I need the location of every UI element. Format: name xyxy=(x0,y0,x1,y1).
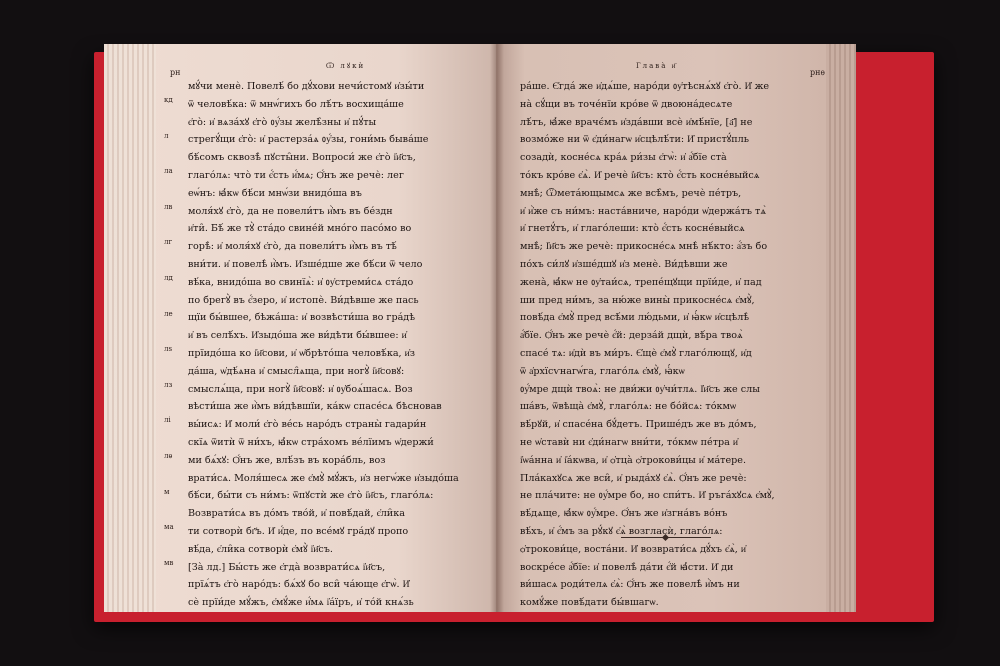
right-folio: рнѳ xyxy=(810,68,825,77)
text-line: спасе́ тѧ: и҆дѝ въ ми́ръ. Є҆щѐ є҆мꙋ̀ гла… xyxy=(520,345,812,363)
text-line: ѻ҆трокови́це, воста́ни. И҆ возврати́сѧ д… xyxy=(520,541,812,559)
text-line: Пла́кахꙋсѧ же вси̑, и҆ рыда́хꙋ є҆ѧ̀. Ѻ҆́… xyxy=(520,470,812,488)
page-edges-right xyxy=(826,44,856,612)
text-line: ра́ше. Є҆гда́ же и҆дѧ́ше, наро́ди ᲂу҆тѣс… xyxy=(520,78,812,96)
text-line: не пла́чите: не ᲂу҆́мре бо, но спи́тъ. И… xyxy=(520,487,812,505)
right-page: Глава̀ и҃ рнѳ ра́ше. Є҆гда́ же и҆дѧ́ше, … xyxy=(496,44,856,612)
text-line: горѣ̀: и҆ моля́хꙋ є҆го̀, да повели́тъ и҆… xyxy=(188,238,478,256)
verse-number: лд xyxy=(164,274,173,282)
text-line: вѣ́рꙋй, и҆ спасе́на бꙋ́детъ. Прише́дъ же… xyxy=(520,416,812,434)
left-folio: рн xyxy=(170,68,180,77)
text-line: скїѧ ѿитѝ ѿ ни́хъ, ꙗ҆́кѡ стра́хомъ ве́лї… xyxy=(188,434,478,452)
verse-number: ла xyxy=(164,167,173,175)
text-line: є҆го̀: и҆ вѧза́хꙋ є҆го̀ ᲂу҆́зы желѣ̑зны … xyxy=(188,114,478,132)
text-line: по брегꙋ̀ въ є҆́зеро, и҆ истопѐ. Ви́дѣвш… xyxy=(188,292,478,310)
text-line: мнѣ̀; І҆и҃съ же речѐ: прикосне́сѧ мнѣ̀ н… xyxy=(520,238,812,256)
text-line: комꙋ́же повѣ́дати бы́вшагѡ. xyxy=(520,594,812,612)
text-line: ми бѧ́хꙋ: Ѻ҆́нъ же, влѣ́зъ въ кора́бль, … xyxy=(188,452,478,470)
text-line: і҆ѡа́нна и҆ і҆а́кѡва, и҆ ѻ҆тца̀ ѻ҆троков… xyxy=(520,452,812,470)
page-edges-left xyxy=(104,44,156,612)
text-line: ша́въ, ѿвѣща̀ є҆мꙋ̀, глаго́лѧ: не бо́йсѧ… xyxy=(520,398,812,416)
text-line: бѣ́си, бы́ти съ ни́мъ: ѿпꙋстѝ же є҆го̀ і… xyxy=(188,487,478,505)
text-line: вѣ́да, є҆ли̑ка сотворѝ є҆мꙋ̀ і҆и҃съ. xyxy=(188,541,478,559)
text-line: стрегꙋ́щи є҆го̀: и҆ растерза́ѧ ᲂу҆́зы, г… xyxy=(188,131,478,149)
verse-number: л xyxy=(164,132,168,140)
verse-number: лі xyxy=(164,416,171,424)
text-line: на̀ сꙋ́щи въ точе́нїи кро́ве ѿ двоюна́де… xyxy=(520,96,812,114)
text-line: не ѡ҆ставѝ ни є҆ди́нагѡ вни́ти, то́кмѡ п… xyxy=(520,434,812,452)
text-line: возмо́же ни ѿ є҆ди́нагѡ и҆сцѣлѣ́ти: И҆ п… xyxy=(520,131,812,149)
text-line: и҆ въ селѣ́хъ. И҆зыдо́ша же ви́дѣти бы́в… xyxy=(188,327,478,345)
text-line: ти сотворѝ бг҃ъ. И҆ и҆́де, по все́мꙋ гра… xyxy=(188,523,478,541)
text-line: Возврати́сѧ въ до́мъ тво́й, и҆ повѣ́дай,… xyxy=(188,505,478,523)
verse-number: лг xyxy=(164,238,172,246)
text-line: и҆ и҆̀же съ ни́мъ: наста́вниче, наро́ди … xyxy=(520,203,812,221)
book-gutter xyxy=(490,44,504,612)
left-page: рн Ѿ лꙋкѝ кдллалвлглдлелѕлзлілѳммамв мꙋ́… xyxy=(104,44,496,612)
verse-number: ма xyxy=(164,523,174,531)
text-line: то́къ кро́ве є҆ѧ̀. И҆ речѐ і҆и҃съ: кто̀ … xyxy=(520,167,812,185)
verse-number: кд xyxy=(164,96,173,104)
text-line: вѣ́дѧще, ꙗ҆́кѡ ᲂу҆́мре. Ѻ҆́нъ же и҆згна́… xyxy=(520,505,812,523)
text-line: вѣсти́ша же и҆̀мъ ви́дѣвшїи, ка́кѡ спасе… xyxy=(188,398,478,416)
left-running-head: Ѿ лꙋкѝ xyxy=(326,62,365,71)
text-line: повѣ́да є҆мꙋ̀ пред всѣ́ми лю́дьми, и҆ ꙗ҆… xyxy=(520,309,812,327)
text-line: вни́ти. и҆ повелѣ̀ и҆̀мъ. И҆зше́дше же б… xyxy=(188,256,478,274)
verse-number: лз xyxy=(164,381,172,389)
text-line: прїидо́ша ко і҆и҃сови, и҆ ѡ҆брѣто́ша чел… xyxy=(188,345,478,363)
text-line: вы́исѧ: И҆ моли́ є҆го̀ ве́сь наро́дъ стр… xyxy=(188,416,478,434)
text-line: воскре́се а҆́бїе: и҆ повелѣ̀ да́ти є҆́й … xyxy=(520,559,812,577)
text-line: моля́хꙋ є҆го̀, да не повели́тъ и҆̀мъ въ … xyxy=(188,203,478,221)
verse-number: мв xyxy=(164,559,173,567)
text-line: ви́шасѧ роди́телѧ є҆ѧ̀: Ѻ҆́нъ же повелѣ̀… xyxy=(520,576,812,594)
text-line: ѿ а҆рхїсѵнагѡ́га, глаго́лѧ є҆мꙋ̀, ꙗ҆́кѡ xyxy=(520,363,812,381)
text-line: бѣ́сомъ сквозѣ̀ пꙋсты̑ни. Вопроси́ же є҆… xyxy=(188,149,478,167)
text-line: сѐ прїи́де мꙋ́жъ, є҆мꙋ́же и҆́мѧ і҆а́їръ,… xyxy=(188,594,478,612)
text-line: и҆ти̑. Бѣ́ же тꙋ̀ ста́до свине́й мно́го … xyxy=(188,220,478,238)
text-line: лѣ́тъ, ꙗ҆́же врачє́мъ и҆зда́вши всѐ и҆мѣ… xyxy=(520,114,812,132)
text-line: да́ша, ѡ҆дѣ́ѧна и҆ смысл̑ѧща, при ногꙋ̀ … xyxy=(188,363,478,381)
text-line: ѿ человѣ́ка: ѿ мнѡ́гихъ бо лѣ́тъ восхища… xyxy=(188,96,478,114)
text-line: глаго́лѧ: что̀ ти є҆́сть и҆́мѧ; Ѻ҆́нъ же… xyxy=(188,167,478,185)
text-line: врати́сѧ. Моля́шесѧ же є҆мꙋ̀ мꙋ́жъ, и҆з … xyxy=(188,470,478,488)
text-line: а҆́бїе. Ѻ҆́нъ же речѐ є҆́й: дерза́й дщѝ,… xyxy=(520,327,812,345)
verse-number: лѕ xyxy=(164,345,172,353)
text-line: еѡ́нъ: ꙗ҆́кѡ бѣ́си мнѡ́зи внидо́ша въ xyxy=(188,185,478,203)
text-line: [За̀ лд.] Бы́сть же є҆гда̀ возврати́сѧ і… xyxy=(188,559,478,577)
right-page-text: ра́ше. Є҆гда́ же и҆дѧ́ше, наро́ди ᲂу҆тѣс… xyxy=(520,78,812,612)
verse-number: лв xyxy=(164,203,172,211)
end-ornament-rule xyxy=(621,537,711,538)
right-running-head: Глава̀ и҃ xyxy=(636,62,677,70)
text-line: прїѧ́тъ є҆го̀ наро́дъ: бѧ́хꙋ бо вси̑ ча́… xyxy=(188,576,478,594)
left-page-text: мꙋ́чи менѐ. Повелѣ́ бо дꙋ́хови нечи́стом… xyxy=(188,78,478,612)
verse-number: м xyxy=(164,488,169,496)
verse-number: ле xyxy=(164,310,173,318)
text-line: и҆ гнетꙋ́тъ, и҆ глаго́леши: кто̀ є҆́сть … xyxy=(520,220,812,238)
text-line: ши пред ни́мъ, за ню́же вины̀ прикосне́с… xyxy=(520,292,812,310)
text-line: вѣ́ка, внидо́ша во свинїѧ̀: и҆ ᲂу҆стреми… xyxy=(188,274,478,292)
verse-number: лѳ xyxy=(164,452,172,460)
text-line: созадѝ, косне́сѧ кра́ѧ ри́зы є҆гѡ̀: и҆ а… xyxy=(520,149,812,167)
text-line: мнѣ̀; Ѿмета́ющымсѧ же всѣ̑мъ, речѐ пе́тр… xyxy=(520,185,812,203)
text-line: мꙋ́чи менѐ. Повелѣ́ бо дꙋ́хови нечи́стом… xyxy=(188,78,478,96)
text-line: жена̀, ꙗ҆́кѡ не ᲂу҆таи́сѧ, трепе́щꙋщи пр… xyxy=(520,274,812,292)
text-line: смыслѧ́ща, при ногꙋ̀ і҆и҃совꙋ: и҆ ᲂу҆боѧ… xyxy=(188,381,478,399)
text-line: ᲂу҆́мре дщѝ твоѧ̀: не дви́жи ᲂу҆чи́тлѧ. … xyxy=(520,381,812,399)
text-line: щїи бы́вшее, бѣжа́ша: и҆ возвѣсти́ша во … xyxy=(188,309,478,327)
text-line: по́хъ си́лꙋ и҆зше́дшꙋ и҆з менѐ. Ви́дѣвши… xyxy=(520,256,812,274)
